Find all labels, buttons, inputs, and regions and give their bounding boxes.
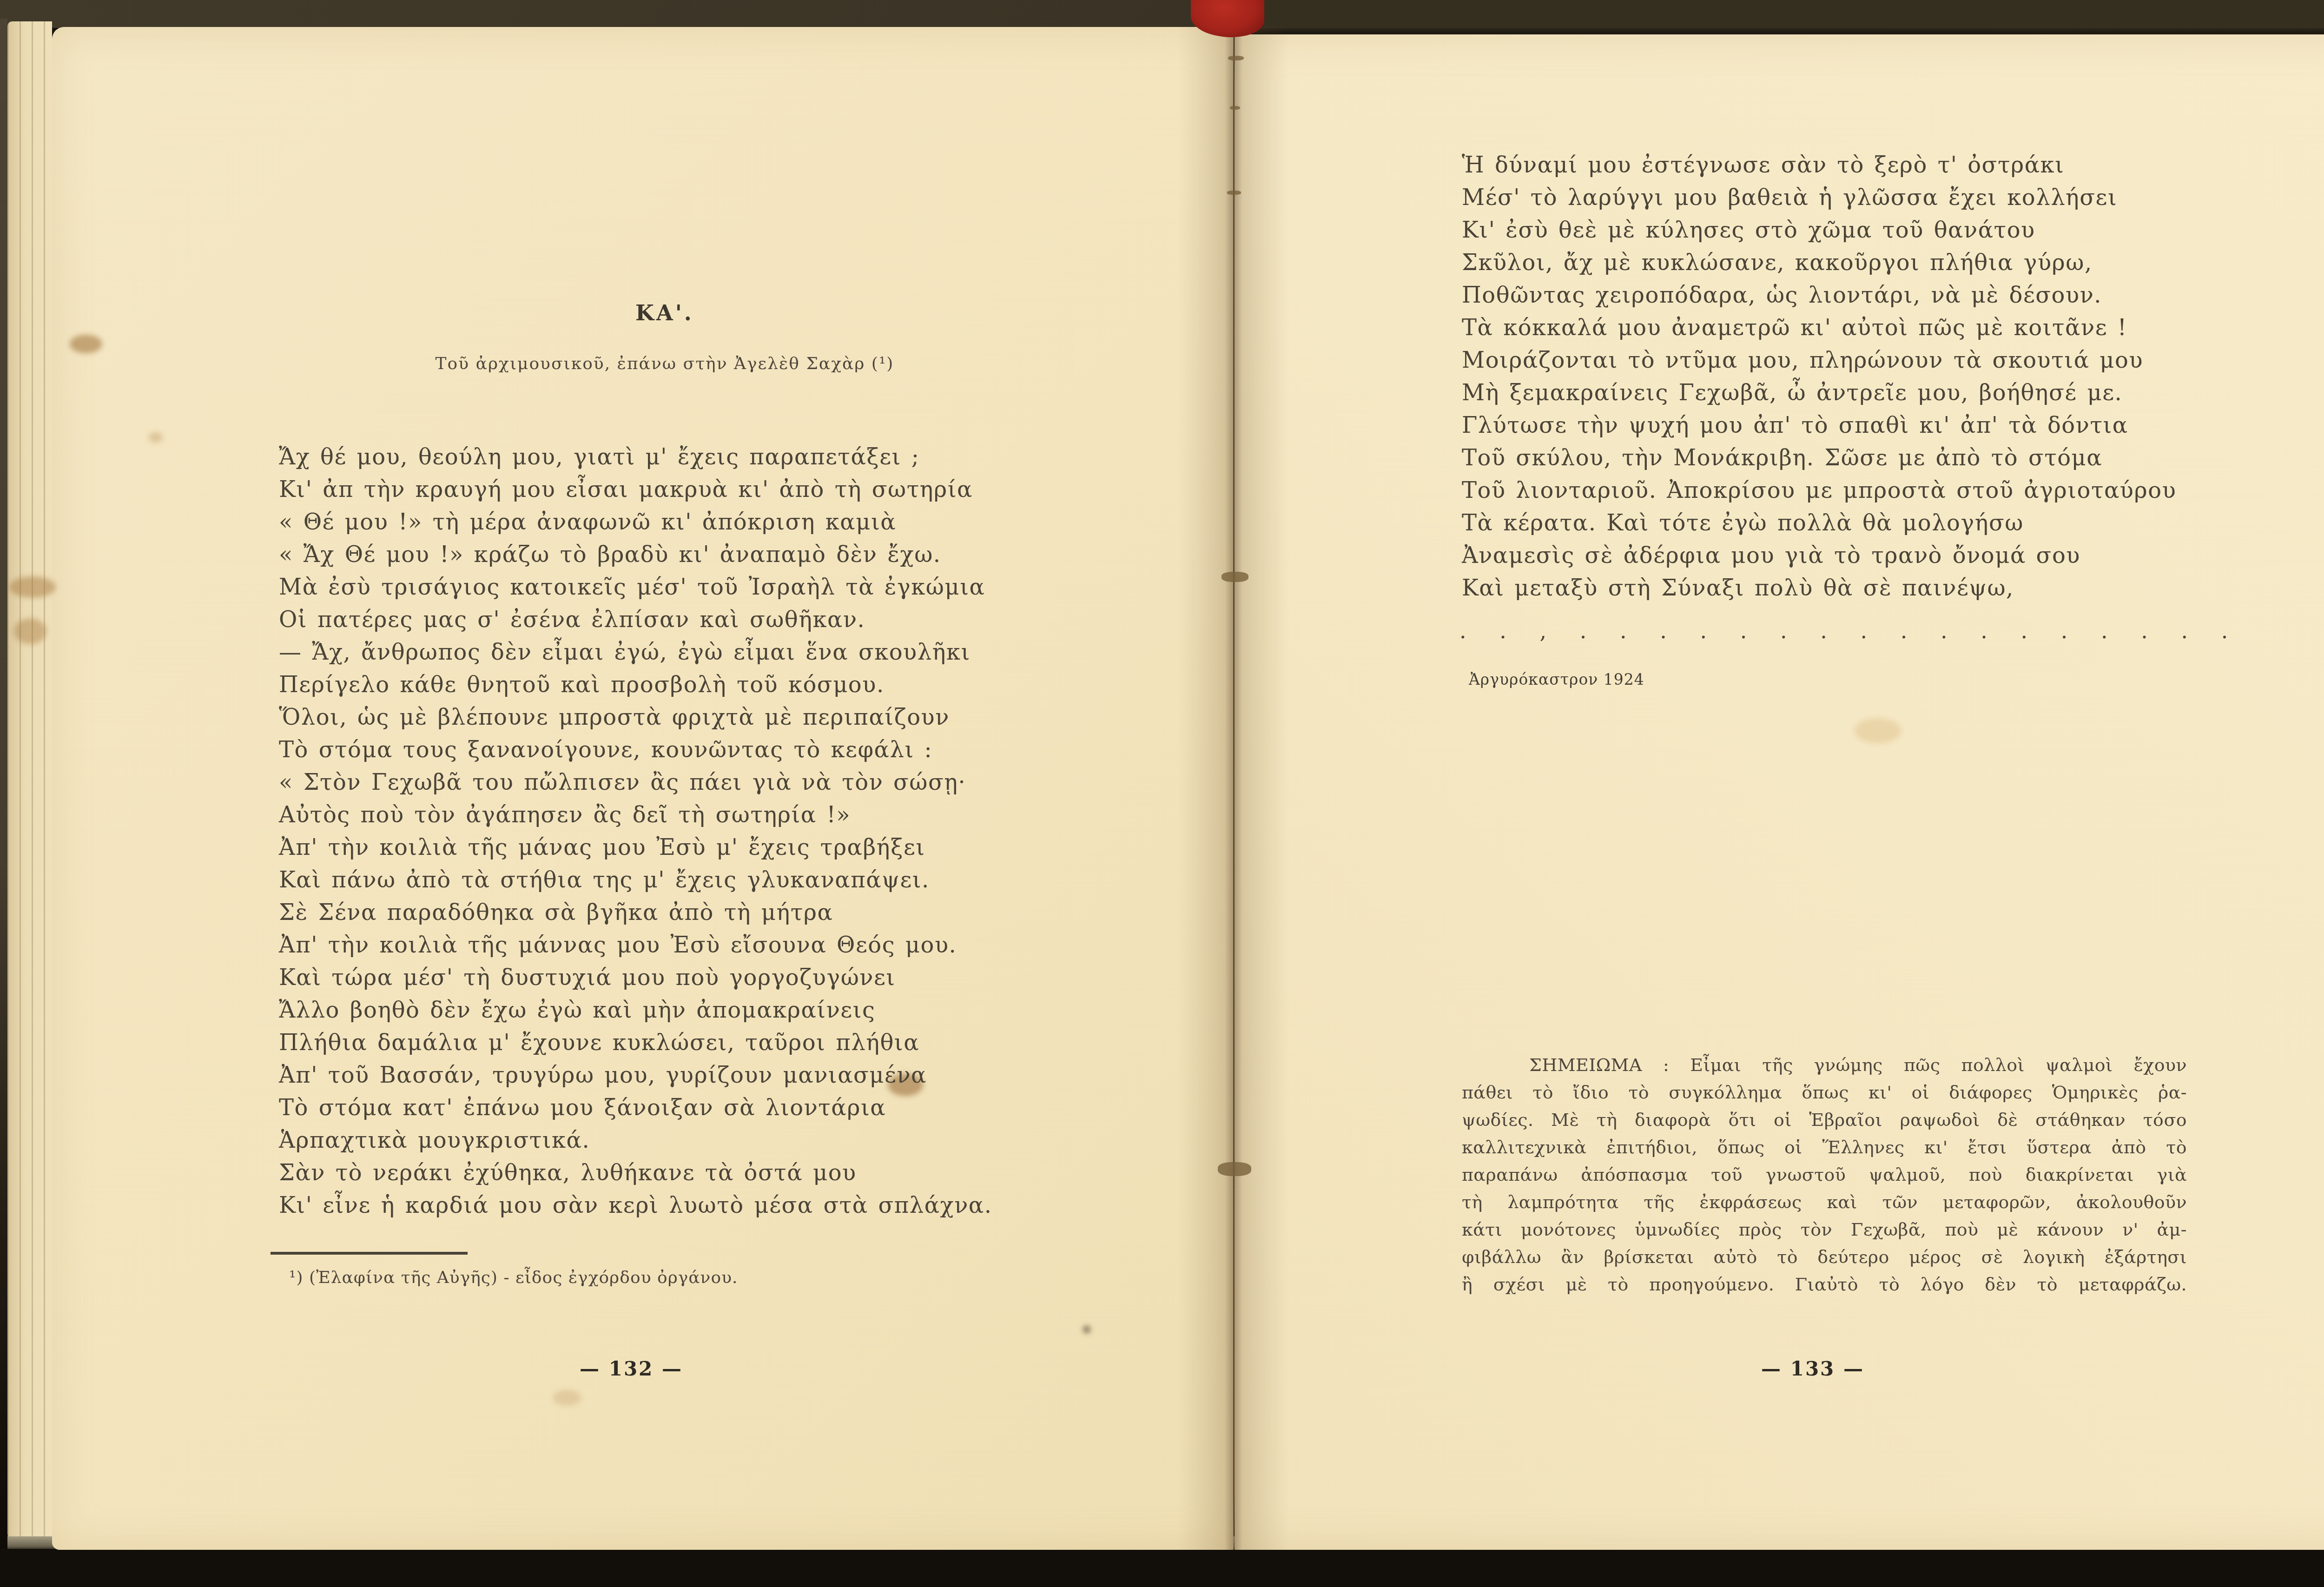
poem-line: « Θέ μου !» τὴ μέρα ἀναφωνῶ κι' ἀπόκριση… [279,506,1097,538]
poem-line: Ἀπ' τοῦ Βασσάν, τρυγύρω μου, γυρίζουν μα… [279,1059,1097,1091]
poem-line: Ὅλοι, ὡς μὲ βλέπουνε μπροστὰ φριχτὰ μὲ π… [279,701,1097,734]
note-line: πάθει τὸ ἴδιο τὸ συγκόλλημα ὅπως κι' οἱ … [1462,1079,2187,1106]
page-stain [149,432,163,443]
poem-line: « Στὸν Γεχωβᾶ του πὤλπισεν ἂς πάει γιὰ ν… [279,766,1097,799]
poem-line: Τὰ κέρατα. Καὶ τότε ἐγὼ πολλὰ θὰ μολογήσ… [1462,507,2280,539]
footnote-separator-rule [271,1252,468,1255]
note-line: ψωδίες. Μὲ τὴ διαφορὰ ὅτι οἱ Ἑβραῖοι ραψ… [1462,1106,2187,1134]
poem-line: Τοῦ λιονταριοῦ. Ἀποκρίσου με μπροστὰ στο… [1462,474,2280,507]
poem-line: Κι' εἶνε ἡ καρδιά μου σὰν κερὶ λυωτὸ μέσ… [279,1189,1097,1222]
page-stain [553,1390,581,1406]
poem-line: Ἀπ' τὴν κοιλιὰ τῆς μάνας μου Ἐσὺ μ' ἔχει… [279,831,1097,864]
left-page-stack-edge [7,21,52,1545]
psalm-superscription: Τοῦ ἀρχιμουσικοῦ, ἐπάνω στὴν Ἀγελὲθ Σαχὰ… [279,354,1050,373]
poem-line: Σκῦλοι, ἄχ μὲ κυκλώσανε, κακοῦργοι πλήθι… [1462,246,2280,279]
page-speck [1083,1326,1090,1333]
place-date-attribution: Ἀργυρόκαστρον 1924 [1469,670,1644,688]
poem-line: Ἁρπαχτικὰ μουγκριστικά. [279,1124,1097,1157]
book-cover-top-edge-right [1218,0,2324,36]
poem-line: Αὐτὸς ποὺ τὸν ἀγάπησεν ἂς δεῖ τὴ σωτηρία… [279,799,1097,831]
poem-line: Μοιράζονται τὸ ντῦμα μου, πληρώνουν τὰ σ… [1462,344,2280,377]
page-stain [1855,718,1901,743]
right-poem-block: Ἡ δύναμί μου ἐστέγνωσε σὰν τὸ ξερὸ τ' ὀσ… [1462,149,2280,604]
page-number-left: — 132 — [52,1357,1210,1380]
poem-line: Οἱ πατέρες μας σ' ἐσένα ἐλπίσαν καὶ σωθῆ… [279,603,1097,636]
book-cover-left-edge [0,19,7,1553]
poem-line: Σὰν τὸ νεράκι ἐχύθηκα, λυθήκανε τὰ ὀστά … [279,1157,1097,1189]
poem-line: Καὶ τώρα μέσ' τὴ δυστυχιά μου ποὺ γοργοζ… [279,961,1097,994]
background-shadow-bottom [0,1549,2324,1587]
note-line: κάτι μονότονες ὑμνωδίες πρὸς τὸν Γεχωβᾶ,… [1462,1216,2187,1243]
note-line: φιβάλλω ἂν βρίσκεται αὐτὸ τὸ δεύτερο μέρ… [1462,1243,2187,1271]
spine-stitch [1228,56,1244,60]
poem-line: Ἄχ θέ μου, θεούλη μου, γιατὶ μ' ἔχεις πα… [279,441,1097,473]
poem-line: Τὸ στόμα τους ξανανοίγουνε, κουνῶντας τὸ… [279,734,1097,766]
poem-line: Ποθῶντας χειροπόδαρα, ὡς λιοντάρι, νὰ μὲ… [1462,279,2280,311]
poem-line: Μὴ ξεμακραίνεις Γεχωβᾶ, ὦ ἀντρεῖε μου, β… [1462,377,2280,409]
poem-line: Κι' ἐσὺ θεὲ μὲ κύλησες στὸ χῶμα τοῦ θανά… [1462,214,2280,246]
poem-line: Ἡ δύναμί μου ἐστέγνωσε σὰν τὸ ξερὸ τ' ὀσ… [1462,149,2280,181]
page-stain [14,618,46,644]
note-line: ἢ σχέσι μὲ τὸ προηγούμενο. Γιαὐτὸ τὸ λόγ… [1462,1271,2187,1298]
ellipsis-dots-line: . . , . . . . . . . . . . . . . . . . . [1459,618,2228,643]
poem-line: Σὲ Σένα παραδόθηκα σὰ βγῆκα ἀπὸ τὴ μήτρα [279,896,1097,929]
poem-line: Ἀπ' τὴν κοιλιὰ τῆς μάννας μου Ἐσὺ εἴσουν… [279,929,1097,961]
left-poem-block: Ἄχ θέ μου, θεούλη μου, γιατὶ μ' ἔχεις πα… [279,441,1097,1222]
poem-line: Τοῦ σκύλου, τὴν Μονάκριβη. Σῶσε με ἀπὸ τ… [1462,442,2280,474]
spine-stitch [1218,1162,1251,1176]
poem-line: « Ἄχ Θέ μου !» κράζω τὸ βραδὺ κι' ἀναπαμ… [279,538,1097,571]
poem-line: Τὰ κόκκαλά μου ἀναμετρῶ κι' αὐτοὶ πῶς μὲ… [1462,311,2280,344]
poem-line: Μὰ ἐσὺ τρισάγιος κατοικεῖς μέσ' τοῦ Ἰσρα… [279,571,1097,603]
note-line: καλλιτεχνικὰ ἐπιτήδιοι, ὅπως οἱ Ἕλληνες … [1462,1134,2187,1161]
spine-stitch [1230,106,1240,110]
poem-line: Ἄλλο βοηθὸ δὲν ἔχω ἐγὼ καὶ μὴν ἀπομακραί… [279,994,1097,1026]
note-line: παραπάνω ἀπόσπασμα τοῦ γνωστοῦ ψαλμοῦ, π… [1462,1161,2187,1189]
page-stain [9,576,56,598]
poem-line: Τὸ στόμα κατ' ἐπάνω μου ξάνοιξαν σὰ λιον… [279,1091,1097,1124]
poem-line: Καὶ πάνω ἀπὸ τὰ στήθια της μ' ἔχεις γλυκ… [279,864,1097,896]
poem-line: Κι' ἀπ τὴν κραυγή μου εἶσαι μακρυὰ κι' ἀ… [279,473,1097,506]
poem-line: Καὶ μεταξὺ στὴ Σύναξι πολὺ θὰ σὲ παινέψω… [1462,572,2280,604]
spine-stitch [1227,191,1241,195]
page-stain [70,335,102,353]
page-number-right: — 133 — [1255,1357,2324,1380]
note-line: τὴ λαμπρότητα τῆς ἐκφράσεως καὶ τῶν μετα… [1462,1189,2187,1216]
poem-line: Μέσ' τὸ λαρύγγι μου βαθειὰ ἡ γλῶσσα ἔχει… [1462,181,2280,214]
poem-line: Γλύτωσε τὴν ψυχή μου ἀπ' τὸ σπαθὶ κι' ἀπ… [1462,409,2280,442]
book-scan-photo: ΚΑ'. Τοῦ ἀρχιμουσικοῦ, ἐπάνω στὴν Ἀγελὲθ… [0,0,2324,1587]
poem-line: — Ἄχ, ἄνθρωπος δὲν εἶμαι ἐγώ, ἐγὼ εἶμαι … [279,636,1097,668]
psalm-number-heading: ΚΑ'. [279,300,1050,325]
poem-line: Ἀναμεσὶς σὲ ἀδέρφια μου γιὰ τὸ τρανὸ ὄνο… [1462,539,2280,572]
translator-note-block: ΣΗΜΕΙΩΜΑ : Εἶμαι τῆς γνώμης πῶς πολλοὶ ψ… [1462,1051,2187,1298]
poem-line: Περίγελο κάθε θνητοῦ καὶ προσβολὴ τοῦ κό… [279,668,1097,701]
poem-line: Πλήθια δαμάλια μ' ἔχουνε κυκλώσει, ταῦρο… [279,1026,1097,1059]
footnote-text: ¹) (Ἐλαφίνα τῆς Αὐγῆς) - εἶδος ἐγχόρδου … [289,1268,738,1287]
book-spine-line [1233,39,1235,1541]
spine-stitch [1221,572,1248,582]
note-line: ΣΗΜΕΙΩΜΑ : Εἶμαι τῆς γνώμης πῶς πολλοὶ ψ… [1462,1051,2187,1079]
